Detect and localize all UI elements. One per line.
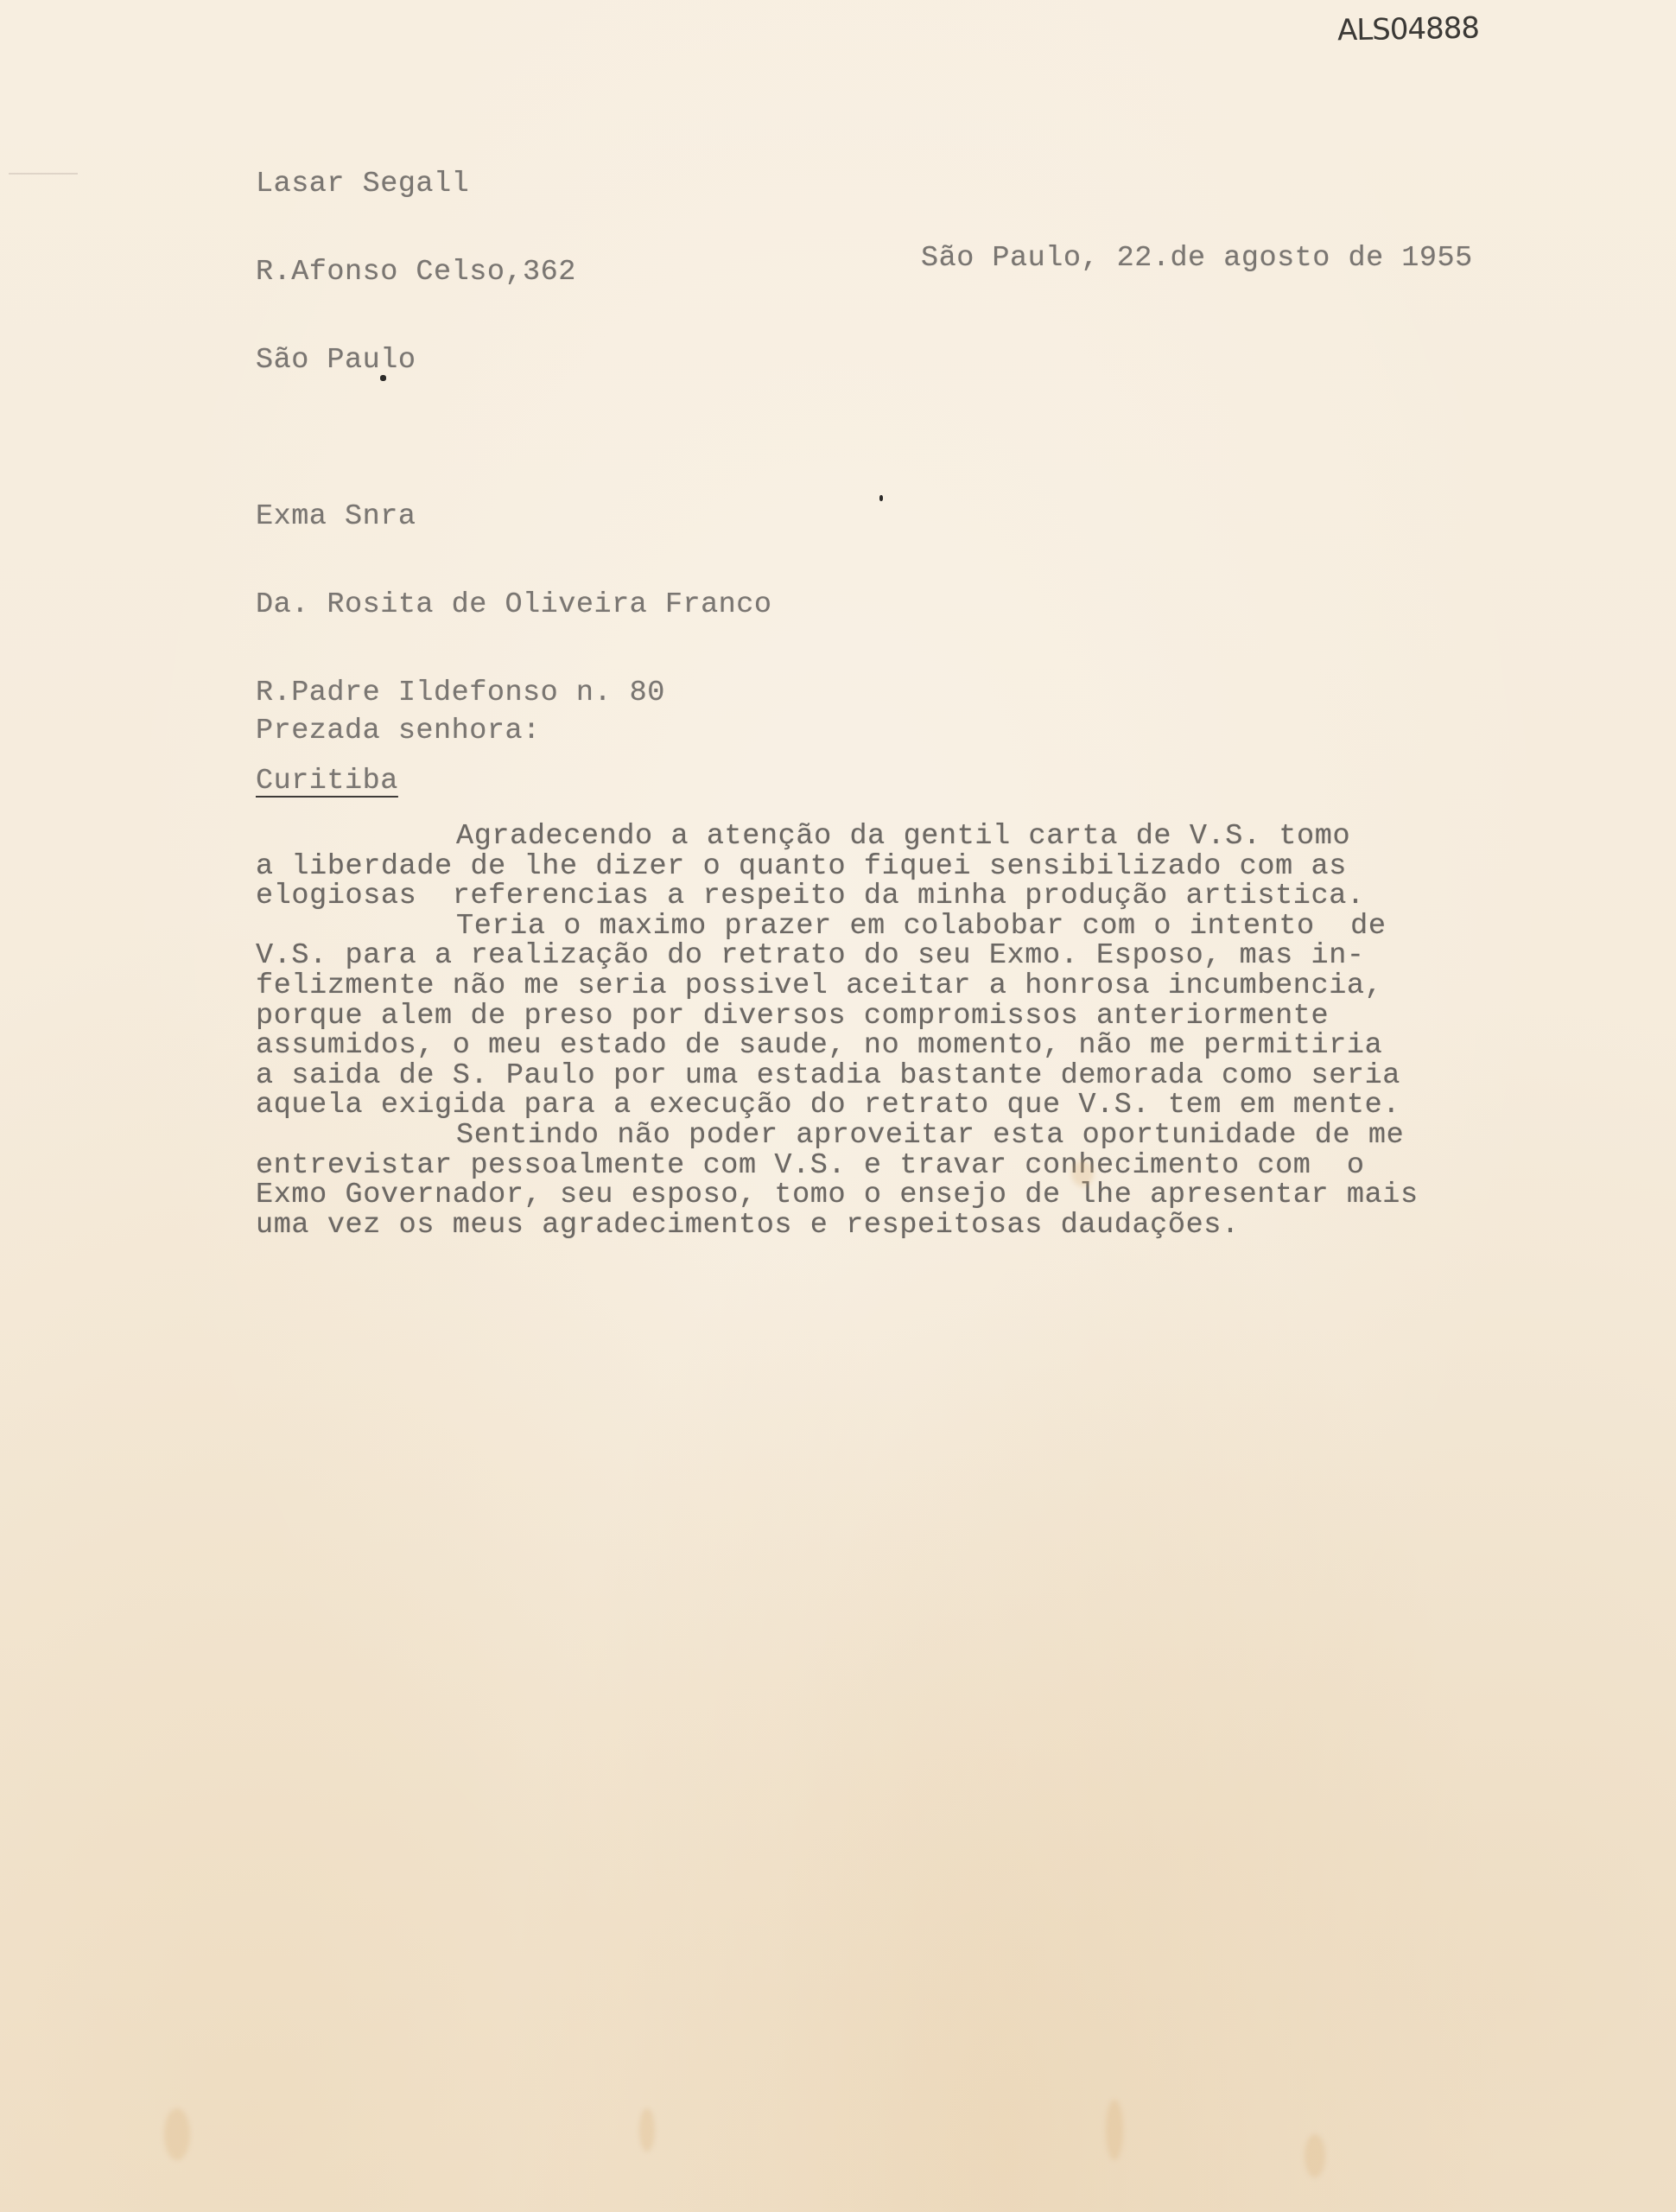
body-line: Sentindo não poder aproveitar esta oport… [256, 1121, 1569, 1151]
paper-mark [9, 173, 78, 175]
body-line: felizmente não me seria possivel aceitar… [256, 971, 1569, 1001]
paper-stain [639, 2108, 655, 2152]
ink-speck [380, 375, 386, 381]
body-line: V.S. para a realização do retrato do seu… [256, 941, 1569, 971]
body-line: uma vez os meus agradecimentos e respeit… [256, 1211, 1569, 1241]
ink-speck [879, 495, 883, 501]
paper-stain [1106, 2100, 1123, 2160]
body-line: Agradecendo a atenção da gentil carta de… [256, 822, 1569, 852]
body-line: Exmo Governador, seu esposo, tomo o ense… [256, 1180, 1569, 1211]
paper-stain [1071, 1160, 1094, 1186]
recipient-city: Curitiba [256, 765, 398, 798]
sender-block: Lasar Segall R.Afonso Celso,362 São Paul… [256, 111, 576, 434]
paper-stain [164, 2108, 190, 2160]
sender-city: São Paulo [256, 346, 576, 375]
recipient-name: Da. Rosita de Oliveira Franco [256, 590, 772, 620]
recipient-block: Exma Snra Da. Rosita de Oliveira Franco … [256, 443, 772, 855]
recipient-address: R.Padre Ildefonso n. 80 [256, 678, 772, 708]
body-line: porque alem de preso por diversos compro… [256, 1001, 1569, 1032]
paper-stain [1305, 2134, 1325, 2177]
sender-name: Lasar Segall [256, 169, 576, 199]
salutation: Prezada senhora: [256, 716, 541, 746]
sender-address: R.Afonso Celso,362 [256, 257, 576, 287]
body-line: elogiosas referencias a respeito da minh… [256, 881, 1569, 912]
letter-page: ALS04888 Lasar Segall R.Afonso Celso,362… [0, 0, 1676, 2212]
body-line: assumidos, o meu estado de saude, no mom… [256, 1031, 1569, 1061]
date-line: São Paulo, 22.de agosto de 1955 [921, 244, 1473, 273]
body-line: Teria o maximo prazer em colabobar com o… [256, 912, 1569, 942]
body-line: aquela exigida para a execução do retrat… [256, 1090, 1569, 1121]
body-line: a liberdade de lhe dizer o quanto fiquei… [256, 852, 1569, 882]
recipient-title: Exma Snra [256, 502, 772, 531]
letter-body: Agradecendo a atenção da gentil carta de… [256, 822, 1569, 1240]
body-line: entrevistar pessoalmente com V.S. e trav… [256, 1151, 1569, 1181]
archive-id-handwritten: ALS04888 [1337, 11, 1480, 48]
body-line: a saida de S. Paulo por uma estadia bast… [256, 1061, 1569, 1091]
